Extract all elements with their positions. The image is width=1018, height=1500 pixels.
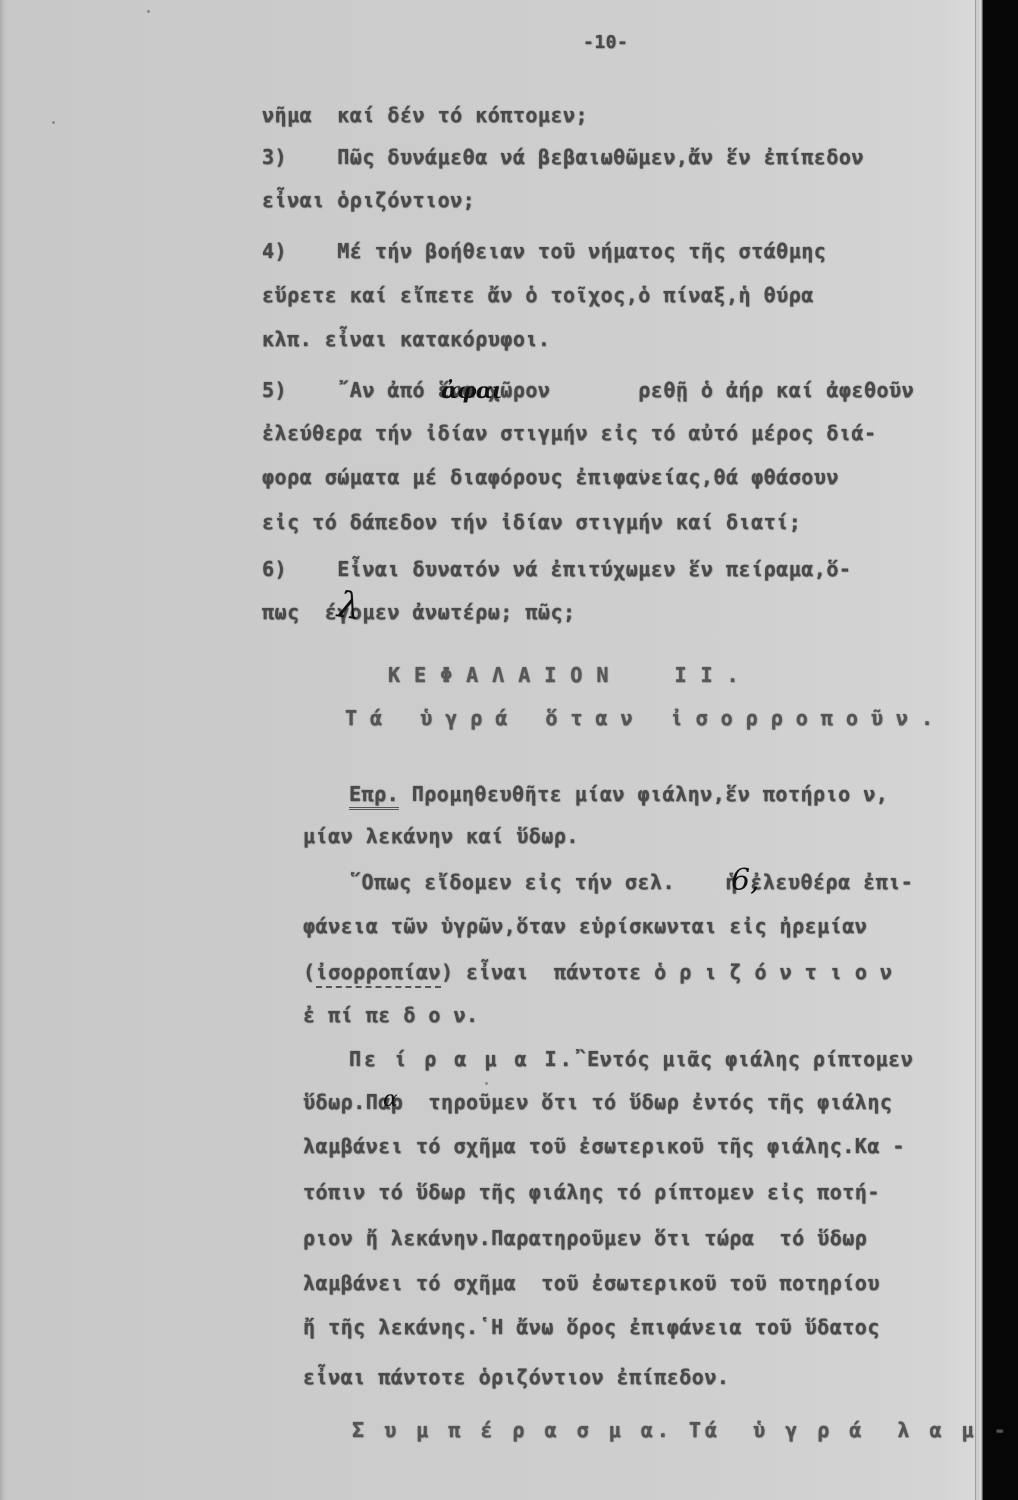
scan-speck xyxy=(147,10,150,13)
text-line: εἰς τό δάπεδον τήν ἰδίαν στιγμήν καί δια… xyxy=(262,510,801,534)
page-number: -10- xyxy=(583,32,628,53)
exp-text: Προμηθευθῆτε μίαν φιάλην,ἕν ποτήριο ν, xyxy=(399,782,888,806)
conclusion-heading: Σ υ μ π έ ρ α σ μ α. Τά ὑ γ ρ ά λ α μ - xyxy=(352,1418,1010,1442)
chapter-heading: ΚΕΦΑΛΑΙΟΝ ΙΙ. xyxy=(388,663,753,687)
text-line: νῆμα καί δέν τό κόπτομεν; xyxy=(262,103,588,127)
underlined-word: ἰσορροπίαν xyxy=(316,960,441,988)
experiment-line: εἶναι πάντοτε ὁριζόντιον ἐπίπεδον. xyxy=(303,1365,729,1389)
experiment-label: Πε ί ρ α μ α Ι. xyxy=(349,1047,575,1071)
handwritten-correction: ἀφαι xyxy=(441,378,501,404)
paragraph-line: φάνεια τῶν ὑγρῶν,ὅταν εὑρίσκωνται εἰς ἠρ… xyxy=(303,914,867,938)
handwritten-correction: 6, xyxy=(731,863,760,898)
scan-speck xyxy=(52,121,55,124)
text-line: ἐλεύθερα τήν ἰδίαν στιγμήν εἰς τό αὐτό μ… xyxy=(262,421,877,445)
text-line: φορα σώματα μέ διαφόρους ἐπιφανείας,θά φ… xyxy=(262,465,839,489)
experiment-line: ριον ἤ λεκάνην.Παρατηροῦμεν ὅτι τώρα τό … xyxy=(303,1226,867,1250)
handwritten-correction: α xyxy=(383,1087,398,1112)
experiment-line: τόπιν τό ὕδωρ τῆς φιάλης τό ρίπτομεν εἰς… xyxy=(303,1180,880,1204)
scanned-page: -10- νῆμα καί δέν τό κόπτομεν; 3) Πῶς δυ… xyxy=(0,0,983,1500)
question-5: 5) ῎Αν ἀπό ἕνα χῶρον ρεθῇ ὁ ἀήρ καί ἀφεθ… xyxy=(262,378,914,402)
text-line: κλπ. εἶναι κατακόρυφοι. xyxy=(262,327,550,351)
chapter-subtitle: Τά ὑγρά ὅταν ἰσορροποῦν. xyxy=(345,706,946,730)
exp-label: Επρ. xyxy=(349,782,399,810)
paragraph-rest: ) εἶναι πάντοτε ὁ ρ ι ζ ό ν τ ι ο ν xyxy=(441,960,892,984)
question-4: 4) Μέ τήν βοήθειαν τοῦ νήματος τῆς στάθμ… xyxy=(262,239,826,263)
paragraph-line: ῞Οπως εἴδομεν εἰς τήν σελ. ἡ ἐλευθέρα ἐπ… xyxy=(349,870,913,894)
experiment-line: λαμβάνει τό σχῆμα τοῦ ἐσωτερικοῦ τῆς φιά… xyxy=(303,1134,905,1158)
paragraph-line: (ἰσορροπίαν) εἶναι πάντοτε ὁ ρ ι ζ ό ν τ… xyxy=(303,960,892,984)
experiment-intro: Επρ. Προμηθευθῆτε μίαν φιάλην,ἕν ποτήριο… xyxy=(349,782,888,806)
question-6: 6) Εἶναι δυνατόν νά ἐπιτύχωμεν ἕν πείραμ… xyxy=(262,557,851,581)
text-line: μίαν λεκάνην καί ὕδωρ. xyxy=(303,824,579,848)
paragraph-line: ἐ πί πε δ ο ν. xyxy=(303,1003,479,1027)
text-line: πως έγομεν ἀνωτέρω; πῶς; xyxy=(262,600,576,624)
text-line: εἶναι ὁριζόντιον; xyxy=(262,188,475,212)
text-line: εὕρετε καί εἴπετε ἄν ὁ τοῖχος,ὁ πίναξ,ἡ … xyxy=(262,283,814,307)
scan-speck xyxy=(485,1082,488,1085)
scan-speck xyxy=(640,469,643,472)
experiment-line: Πε ί ρ α μ α Ι.῍Εντός μιᾶς φιάλης ρίπτομ… xyxy=(349,1047,913,1071)
experiment-text: ῍Εντός μιᾶς φιάλης ρίπτομεν xyxy=(575,1047,914,1071)
page-edge xyxy=(975,0,983,1500)
question-3: 3) Πῶς δυνάμεθα νά βεβαιωθῶμεν,ἄν ἕν ἐπί… xyxy=(262,145,864,169)
experiment-line: λαμβάνει τό σχῆμα τοῦ ἐσωτερικοῦ τοῦ ποτ… xyxy=(303,1271,880,1295)
experiment-line: ἤ τῆς λεκάνης.῾Η ἄνω ὅρος ἐπιφάνεια τοῦ … xyxy=(303,1315,880,1339)
paren: ( xyxy=(303,960,316,984)
